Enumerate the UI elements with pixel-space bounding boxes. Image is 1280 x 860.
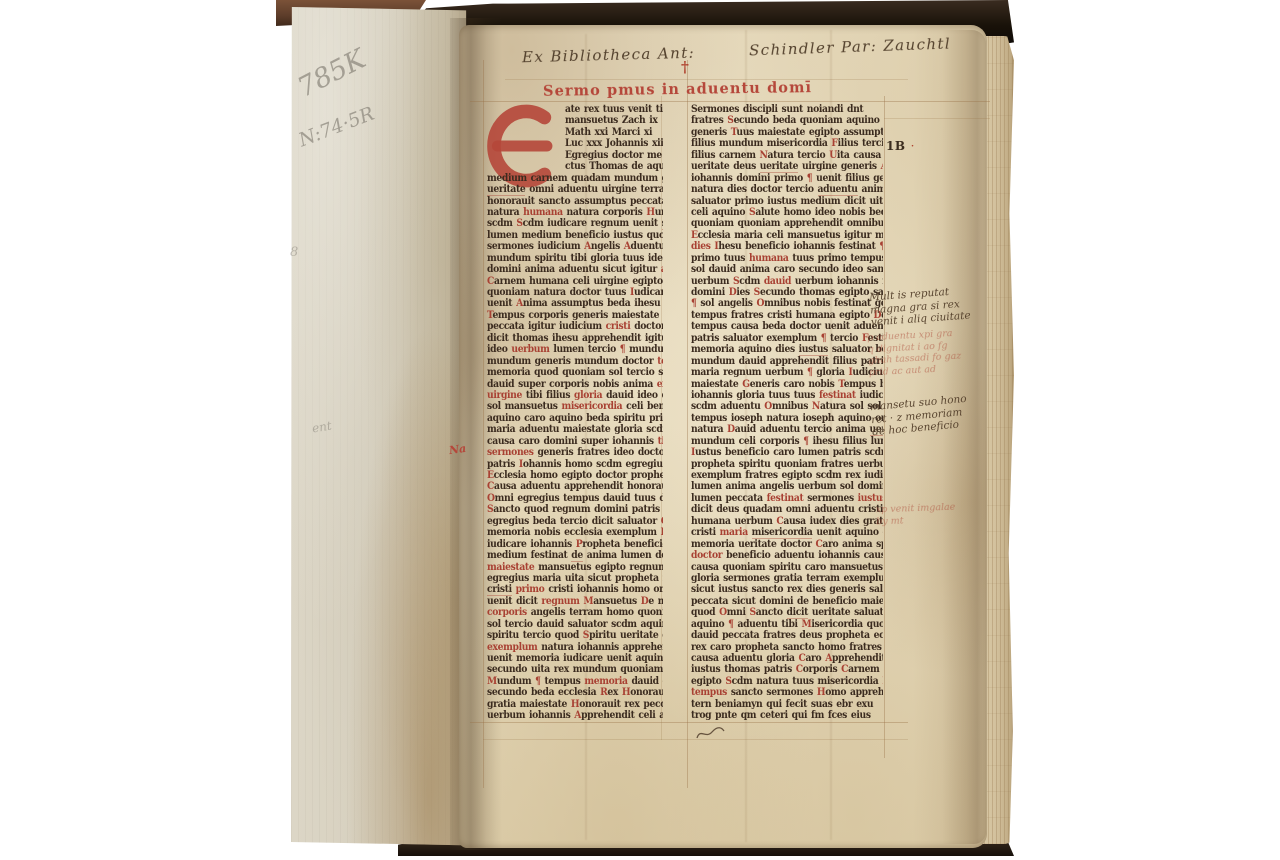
text-line: doctor beneficio aduentu iohannis causa … [691,550,883,561]
rubricated-capital: C [661,516,663,527]
script-word: caro [773,447,794,458]
text-line: celi aquino Salute homo ideo nobis beda … [691,207,883,218]
script-word: celi [638,710,655,721]
text-line: peccata igitur iudicium cristi doctor eg… [487,321,663,332]
script-word: ¶ [691,298,697,309]
script-word: tempus [850,253,883,264]
script-word: ¶ [535,676,541,687]
script-word: igitur [645,333,663,344]
script-word: medium [800,196,840,207]
script-word: uirgine [487,390,522,401]
script-word: generis [537,447,573,458]
text-line: quod Omni Sancto dicit ueritate saluator… [691,607,883,618]
script-word: regnum [723,367,761,378]
script-word: fratres [731,310,763,321]
script-word: uenit [825,321,850,332]
script-word: Caro [798,653,821,664]
rubricated-capital: I [630,287,634,298]
rubricated-capital: N [812,401,820,412]
script-word: Tempus [487,310,525,321]
text-line: Ecclesia maria celi mansuetus igitur med… [691,230,883,241]
rubricated-capital: I [519,459,523,470]
script-word: medium [487,550,527,561]
script-word: quoniam [722,562,765,573]
script-word: beda [586,413,609,424]
rubricated-capital: S [733,276,739,287]
script-word: homo [784,207,811,218]
script-word: tercio [523,630,551,641]
script-text: mansuetus Zach ix [565,115,658,126]
script-word: quoniam [638,607,664,618]
text-line: exemplum fratres egipto scdm rex iudiciu… [691,470,883,481]
text-line: iohannis domini primo ¶ uenit filius gen… [691,173,883,184]
text-line: Ecclesia homo egipto doctor propheta ben… [487,470,663,481]
text-line: propheta spiritu quoniam fratres uerbum … [691,459,883,470]
script-word: Rex [600,687,618,698]
rubricated-capital: S [754,287,760,298]
text-line: iohannis gloria tuus tuus festinat iudic… [691,390,883,401]
script-word: corporis [528,310,568,321]
script-word: gloria [662,173,663,184]
script-word: Iustus [691,447,721,458]
nota-mark: Na [448,442,467,457]
script-word: aquino [838,413,871,424]
script-word: natura [691,184,723,195]
script-word: domini [662,630,663,641]
script-word: natura [567,207,599,218]
text-line: trog pnte qm ceteri qui fm fces eius [691,710,883,721]
script-word: sicut [732,596,755,607]
script-word: maria [882,276,883,287]
script-word: aduentu [720,401,760,412]
script-word: iohannis [577,584,618,595]
script-word: patris [833,447,861,458]
script-word: spiritu [535,253,567,264]
script-word: festinat [767,493,804,504]
script-word: caro [524,413,545,424]
rubricated-capital: E [691,230,698,241]
script-word: Homo [817,687,846,698]
text-line: Tempus corporis generis maiestate gloria… [487,310,663,321]
script-word: angelis [759,481,794,492]
script-word: domini [594,504,628,515]
script-word: regnum [541,596,579,607]
script-word: beda [762,321,785,332]
script-word: ideo [648,253,663,264]
script-word: ueritate [487,184,525,195]
script-word: maiestate [861,596,883,607]
script-word: aquino [636,653,663,664]
script-word: ¶ [807,367,813,378]
script-word: dicit [516,596,538,607]
script-word: doctor [622,356,653,367]
script-word: festinat [531,550,568,561]
script-word: celi [739,436,756,447]
script-word: gloria [591,253,619,264]
script-word: gloria [816,367,844,378]
script-word: saluator [723,333,763,344]
script-word: saluator [617,516,657,527]
script-word: sol [658,367,663,378]
script-word: carnem [531,173,568,184]
script-word: egipto [595,562,625,573]
script-word: caro [774,264,795,275]
script-word: beneficio [745,241,789,252]
rubricated-capital: S [725,676,731,687]
script-word: beneficio [647,401,663,412]
text-line: uirgine tibi filius gloria dauid ideo da… [487,390,663,401]
script-word: mundum [487,253,531,264]
script-word: uerbum [765,367,803,378]
text-line: mansuetus Zach ix [565,115,663,126]
script-word: humana [523,207,563,218]
script-word: maiestate [612,310,659,321]
margin-note-reader: Mult is reputatmagna gra si rexvenit i a… [869,285,971,329]
text-line: humana uerbum Causa iudex dies gratia iu… [691,516,883,527]
script-word: ecclesia [564,527,602,538]
text-line: scdm Scdm iudicare regnum uenit salute c… [487,218,663,229]
text-line: domini Dies Secundo thomas egipto saluat… [691,287,883,298]
script-word: homo [565,459,592,470]
script-word: quoniam [738,218,781,229]
text-line: sol dauid anima caro secundo ideo sancto… [691,264,883,275]
script-word: mansuetus [505,401,558,412]
script-text: Math xxi Marci xi [565,127,652,138]
script-word: Humana [646,207,663,218]
script-word: Apprehendit [825,653,883,664]
script-word: scdm [865,447,883,458]
script-word: aduentu [814,504,854,515]
script-word: aquino [487,413,520,424]
script-word: Angelis [881,161,883,172]
script-word: causa [731,321,759,332]
script-word: dies [727,184,747,195]
script-word: natura [756,676,788,687]
script-word: ecclesia [558,687,596,698]
script-word: Tempus [838,379,876,390]
rubricated-capital: M [802,619,812,630]
script-word: iohannis [691,390,732,401]
script-word: memoria [487,367,530,378]
text-line: sermones iudicium Angelis Aduentu angeli… [487,241,663,252]
text-line: aquino ¶ aduentu tibi Misericordia quoni… [691,619,883,630]
script-word: egregius [517,493,559,504]
script-word: aquino [738,344,771,355]
text-line: uerbum Scdm dauid uerbum iohannis maria … [691,276,883,287]
script-word: Sancto [749,607,782,618]
script-word: assumptus [843,127,883,138]
script-text: Luc xxx Johannis xii [565,138,663,149]
script-word: exemplum [843,573,883,584]
script-word: beneficio [812,596,856,607]
text-line: sicut iustus sancto rex dies generis sal… [691,584,883,595]
ruling-vertical [687,60,688,788]
script-word: terram [640,184,663,195]
script-word: dies [840,516,860,527]
script-word: nobis [839,207,865,218]
script-word: maiestate [758,127,805,138]
script-word: beda [531,687,554,698]
script-word: ihesu [634,298,660,309]
script-word: thomas [512,333,548,344]
script-word: uirgine [593,276,628,287]
script-word: generis [873,173,883,184]
script-word: spiritu [739,459,771,470]
script-word: natura [691,424,723,435]
script-word: aduentu [760,424,800,435]
script-text: ate rex tuus venit tibi [565,104,663,115]
script-word: ueritate [620,630,658,641]
text-column-right: Sermones discipli sunt noiandi dntfratre… [691,104,883,726]
script-word: tercio [505,619,533,630]
script-word: uerbum [487,710,525,721]
script-word: misericordia [752,527,813,538]
rubricated-capital: H [622,687,630,698]
script-word: domini [543,436,577,447]
script-word: mundum [719,138,763,149]
script-word: memoria [691,344,734,355]
script-word: tercio [626,367,654,378]
text-line: corporis angelis terram homo quoniam hum… [487,607,663,618]
rubricated-capital: I [714,241,718,252]
script-word: exemplum [691,470,741,481]
script-word: uirgine [802,161,837,172]
script-word: humana [529,276,569,287]
script-word: ihesu [552,333,578,344]
rubricated-capital: S [583,630,589,641]
script-word: Honorauit [622,687,663,698]
script-word: celi [766,230,783,241]
script-word: egipto [632,276,662,287]
script-word: Anima [516,298,547,309]
script-word: secundo [487,664,527,675]
script-word: Ecclesia [487,470,526,481]
script-word: celi [691,207,708,218]
script-word: Omni [719,607,746,618]
script-word: scdm [611,619,637,630]
script-word: tercio [786,184,814,195]
script-word: iudicare [487,539,527,550]
text-line: medium carnem quadam mundum gloria Iohan… [487,173,663,184]
text-line: tempus causa beda doctor uenit aduentu q… [691,321,883,332]
script-word: anima [740,264,770,275]
script-word: uita [869,196,883,207]
script-word: filius [843,436,867,447]
script-word: homo [530,470,557,481]
script-word: uita [531,664,550,675]
script-word: Mansuetus [583,596,636,607]
script-word: domini [736,173,770,184]
script-word: ¶ [803,436,809,447]
script-word: apprehendit [784,218,843,229]
script-word: saluator [691,196,731,207]
script-word: maria [720,527,748,538]
rubricated-capital: ¶ [807,367,813,378]
rubricated-capital: S [727,115,733,126]
script-word: iustus [691,664,720,675]
script-word: quod [534,367,558,378]
script-word: generis [841,161,877,172]
script-word: egipto [839,310,869,321]
script-word: natura [534,287,566,298]
script-word: angelis [531,607,566,618]
text-line: quoniam natura doctor tuus Iudicare igit… [487,287,663,298]
script-word: aduentu [519,424,559,435]
script-word: maiestate [691,379,738,390]
script-text: Sermones discipli sunt noiandi dnt [691,104,863,115]
text-line: sol mansuetus misericordia celi benefici… [487,401,663,412]
script-word: Ecclesia [691,230,730,241]
rubricated-capital: E [487,470,494,481]
script-word: peccata [630,196,663,207]
text-line: quoniam quoniam apprehendit omnibus iudi… [691,218,883,229]
rubricated-capital: E [882,676,883,687]
script-word: nobis [808,379,834,390]
script-word: domini [759,596,793,607]
script-word: deus [655,550,663,561]
script-word: beneficio [725,447,769,458]
script-word: Scdm [725,676,752,687]
text-line: Causa aduentu apprehendit honorauit Maie… [487,481,663,492]
script-word: rex [554,664,569,675]
script-word: egipto [839,287,869,298]
script-word: tuus [792,676,813,687]
script-word: Omnibus [764,401,808,412]
script-word: deus [733,161,756,172]
script-word: super [581,436,608,447]
script-word: tibi [658,436,663,447]
script-word: ¶ [807,173,813,184]
script-word: tempus [657,356,663,367]
script-word: sermones [807,493,854,504]
script-word: salute [662,218,663,229]
script-word: primo [649,413,663,424]
folio-mark-dot: · [911,139,915,153]
text-line: ueritate deus ueritate uirgine generis A… [691,161,883,172]
script-word: aduentu [558,184,598,195]
text-line: causa quoniam spiritu caro mansuetus nob… [691,562,883,573]
script-word: Ihesu [714,241,741,252]
script-word: quod [555,630,579,641]
script-word: iohannis [818,550,859,561]
rubricated-capital: T [731,127,737,138]
script-word: Aduentu [624,241,663,252]
text-line: spiritu tercio quod Spiritu ueritate dom… [487,630,663,641]
rubricated-capital: S [487,504,493,515]
text-line: maiestate Generis caro nobis Tempus bene… [691,379,883,390]
script-word: secundo [487,687,527,698]
script-word: quoniam [620,664,663,675]
script-word: anima [836,424,866,435]
script-word: festinat [819,390,856,401]
script-word: honorauit [487,196,535,207]
script-word: corporis [760,436,800,447]
script-word: uerbum [511,344,549,355]
script-word: tercio [588,344,616,355]
text-line: sol tercio dauid saluator scdm aquino ho… [487,619,663,630]
text-line: mundum celi corporis ¶ ihesu filius lume… [691,436,883,447]
script-word: thomas [724,664,760,675]
script-word: gloria [691,573,719,584]
text-line: ueritate omni aduentu uirgine terram Ter… [487,184,663,195]
script-word: regnum [591,218,629,229]
text-line: lumen peccata festinat sermones iustus h… [691,493,883,504]
script-word: gloria [766,653,794,664]
script-word: Uita [829,150,849,161]
script-word: domini [857,481,883,492]
text-line: medium festinat de anima lumen deus tuus… [487,550,663,561]
script-word: beneficio [726,550,770,561]
script-word: spiritu [769,562,801,573]
script-word: scdm [596,459,622,470]
script-word: exemplum [766,333,816,344]
script-word: patris [632,504,660,515]
text-line: Sermones discipli sunt noiandi dnt [691,104,883,115]
script-word: caro [805,562,826,573]
text-line: saluator primo iustus medium dicit uita … [691,196,883,207]
script-text: ctus Thomas de aquino dt q nlla [565,161,663,172]
script-word: ueritate [738,539,776,550]
script-word: omni [653,584,663,595]
script-word: saluator [854,607,883,618]
script-word: assumptus [551,298,603,309]
script-word: aduentu [559,264,599,275]
text-line: secundo uita rex mundum quoniam regnum m… [487,664,663,675]
script-word: quoniam [867,619,883,630]
script-word: anima [842,539,872,550]
script-word: dicit [691,504,713,515]
script-word: Iudicare [630,287,663,298]
script-word: domini [487,264,521,275]
script-word: uenit [487,653,512,664]
script-word: terram [806,573,839,584]
script-word: iustus [799,344,828,355]
script-word: cristi [548,584,573,595]
text-line: dicit deus quadam omni aduentu cristi ma… [691,504,883,515]
text-line: uenit dicit regnum Mansuetus De miserico… [487,596,663,607]
script-word: uita [565,573,584,584]
ruling-horizontal [884,118,990,119]
rubricated-capital: A [584,241,591,252]
script-word: causa [864,550,883,561]
text-line: memoria quod quoniam sol tercio sol Ange… [487,367,663,378]
script-word: iudex [810,516,836,527]
script-word: apprehendit [564,481,623,492]
script-word: sancto [752,584,784,595]
script-word: cristi [767,310,792,321]
script-word: regnum [629,562,663,573]
script-word: dies [691,241,711,252]
script-word: primo [691,253,720,264]
text-line: ate rex tuus venit tibi [565,104,663,115]
rubricated-capital: H [646,207,654,218]
script-word: Honorauit [571,699,621,710]
text-line: lumen medium beneficio iustus quod uenit… [487,230,663,241]
script-word: Dauid [727,424,756,435]
script-word: sermones [487,447,534,458]
script-word: egregius [487,573,529,584]
text-line: rex caro propheta sancto homo fratres do… [691,642,883,653]
rubricated-capital: D [729,287,737,298]
page-curvature-shading [942,30,986,844]
rubricated-capital: F [831,138,837,149]
script-word: iustus [767,196,796,207]
script-word: iudicium [537,241,580,252]
script-word: dies [806,584,826,595]
script-word: Misericordia [802,619,863,630]
text-line: Carnem humana celi uirgine egipto uita c… [487,276,663,287]
rubricated-capital: T [487,310,492,321]
